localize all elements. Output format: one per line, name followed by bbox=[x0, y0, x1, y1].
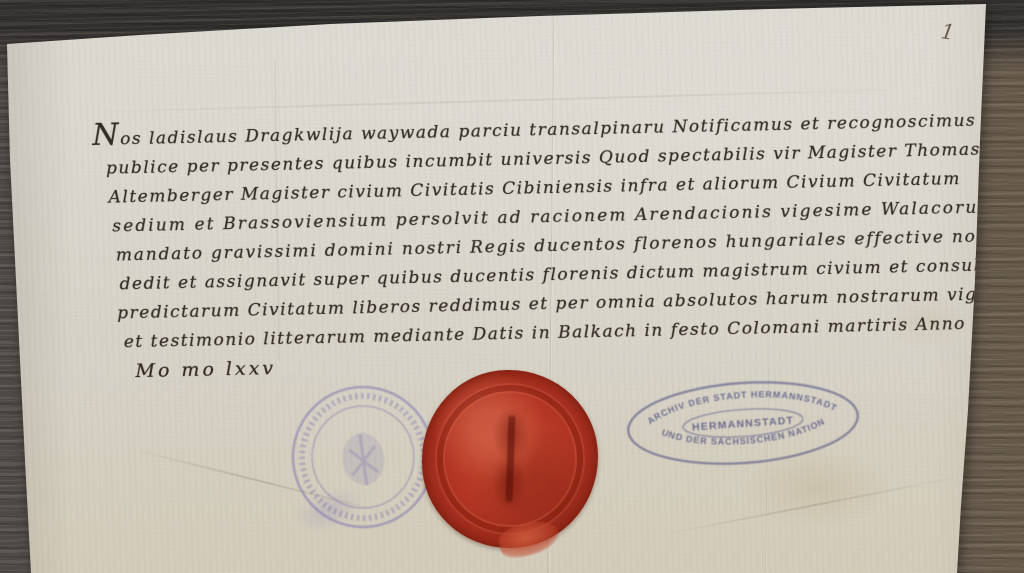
parchment-wrapper: 1 Nos ladislaus Dragkwlija waywada parci… bbox=[0, 0, 1024, 573]
oval-archive-stamp: ARCHIV DER STADT HERMANNSTADT HERMANNSTA… bbox=[619, 370, 867, 477]
parchment-document: 1 Nos ladislaus Dragkwlija waywada parci… bbox=[0, 0, 1024, 573]
paper-crease bbox=[663, 476, 958, 535]
page-number: 1 bbox=[939, 19, 956, 45]
red-wax-seal bbox=[422, 370, 598, 548]
photo-scene: 1 Nos ladislaus Dragkwlija waywada parci… bbox=[0, 0, 1024, 573]
manuscript-text-block: Nos ladislaus Dragkwlija waywada parciu … bbox=[92, 103, 934, 387]
